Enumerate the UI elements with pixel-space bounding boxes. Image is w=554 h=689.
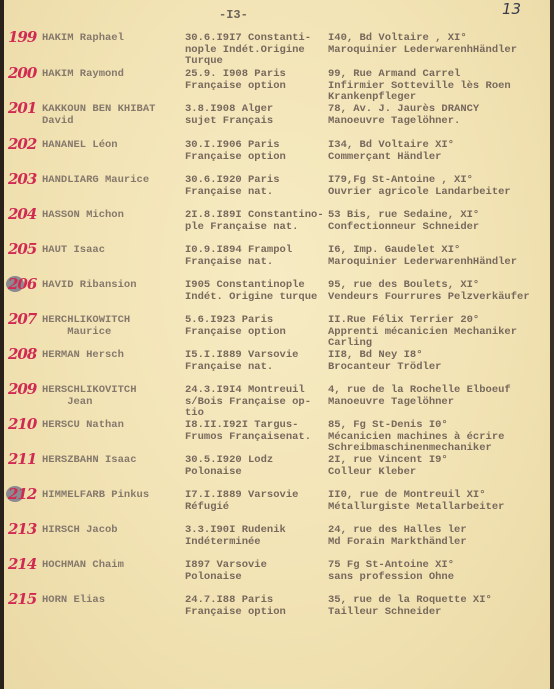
person-name: HAUT Isaac [42,245,105,257]
birth-info: 3.8.I908 Algersujet Français [185,104,273,127]
handwritten-entry-number: 200 [8,64,36,82]
person-name: HANDLIARG Maurice [42,175,149,187]
birth-info-line: I7.I.I889 Varsovie [185,490,298,502]
person-name-line: HANDLIARG Maurice [42,175,149,187]
address-occupation: 53 Bis, rue Sedaine, XI°Confectionneur S… [328,210,479,233]
birth-info: 2I.8.I89I Constantino-ple Française nat. [185,210,324,233]
birth-info-line: 3.8.I908 Alger [185,104,273,116]
person-name-line: HASSON Michon [42,210,124,222]
address-occupation-line: II8, Bd Ney I8° [328,350,441,362]
address-occupation-line: 53 Bis, rue Sedaine, XI° [328,210,479,222]
birth-info-line: Polonaise [185,467,273,479]
handwritten-entry-number: 201 [8,99,36,117]
handwritten-entry-number: 199 [8,28,36,46]
birth-info: 25.9. I908 ParisFrançaise option [185,69,286,92]
address-occupation-line: 99, Rue Armand Carrel [328,69,511,81]
address-occupation: 24, rue des Halles lerMd Forain Markthän… [328,525,467,548]
address-occupation: 99, Rue Armand CarrelInfirmier Sottevill… [328,69,511,104]
handwritten-entry-number: 207 [8,310,36,328]
birth-info-line: I5.I.I889 Varsovie [185,350,298,362]
birth-info: I5.I.I889 VarsovieFrançaise nat. [185,350,298,373]
person-name-line: HIRSCH Jacob [42,525,118,537]
address-occupation: 75 Fg St-Antoine XI°sans profession Ohne [328,560,454,583]
handwritten-entry-number: 212 [8,485,36,503]
address-occupation: I79,Fg St-Antoine , XI°Ouvrier agricole … [328,175,511,198]
handwritten-entry-number: 213 [8,520,36,538]
birth-info: 30.6.I920 ParisFrançaise nat. [185,175,280,198]
birth-info-line: Indét. Origine turque [185,292,317,304]
address-occupation-line: 4, rue de la Rochelle Elboeuf [328,385,511,397]
person-name-line: HERSZBAHN Isaac [42,455,137,467]
person-name-line: HANANEL Léon [42,140,118,152]
person-name: HAKIM Raphael [42,33,124,45]
address-occupation-line: 35, rue de la Roquette XI° [328,595,492,607]
address-occupation: I6, Imp. Gaudelet XI°Maroquinier Lederwa… [328,245,517,268]
birth-info-line: I0.9.I894 Frampol [185,245,292,257]
address-occupation-line: 78, Av. J. Jaurès DRANCY [328,104,479,116]
address-occupation-line: Schreibmaschinenmechaniker [328,443,504,455]
birth-info-line: ple Française nat. [185,222,324,234]
address-occupation-line: 75 Fg St-Antoine XI° [328,560,454,572]
person-name: HANANEL Léon [42,140,118,152]
person-name-line: David [42,116,155,128]
birth-info: 24.3.I9I4 Montreuils/Bois Française op-t… [185,385,311,420]
address-occupation-line: 2I, rue Vincent I9° [328,455,448,467]
birth-info: I7.I.I889 VarsovieRéfugié [185,490,298,513]
handwritten-entry-number: 206 [8,275,36,293]
address-occupation: II8, Bd Ney I8°Brocanteur Trödler [328,350,441,373]
document-page: 13 -I3- 199HAKIM Raphael30.6.I9I7 Consta… [4,0,550,689]
scan-border-right [550,0,554,689]
address-occupation-line: Md Forain Markthändler [328,537,467,549]
person-name-line: Maurice [42,327,130,339]
address-occupation-line: Brocanteur Trödler [328,362,441,374]
birth-info-line: Réfugié [185,502,298,514]
birth-info-line: 30.6.I920 Paris [185,175,280,187]
address-occupation-line: Krankenpfleger [328,92,511,104]
birth-info-line: 5.6.I923 Paris [185,315,286,327]
address-occupation: 78, Av. J. Jaurès DRANCYManoeuvre Tagelö… [328,104,479,127]
address-occupation-line: Maroquinier LederwarenhHändler [328,45,517,57]
person-name-line: HAVID Ribansion [42,280,137,292]
birth-info: 5.6.I923 ParisFrançaise option [185,315,286,338]
handwritten-entry-number: 214 [8,555,36,573]
birth-info-line: 24.7.I88 Paris [185,595,286,607]
birth-info: 30.5.I920 LodzPolonaise [185,455,273,478]
person-name-line: HORN Elias [42,595,105,607]
birth-info-line: 3.3.I90I Rudenik [185,525,286,537]
address-occupation-line: I40, Bd Voltaire , XI° [328,33,517,45]
person-name-line: HERSCHLIKOVITCH [42,385,137,397]
person-name: HIRSCH Jacob [42,525,118,537]
birth-info-line: Française option [185,607,286,619]
birth-info-line: Turque [185,56,311,68]
address-occupation-line: II.Rue Félix Terrier 20° [328,315,517,327]
birth-info-line: Française nat. [185,257,292,269]
birth-info: 30.I.I906 ParisFrançaise option [185,140,286,163]
birth-info-line: 2I.8.I89I Constantino- [185,210,324,222]
birth-info: 30.6.I9I7 Constanti-nople Indét.OrigineT… [185,33,311,68]
person-name-line: HAKIM Raphael [42,33,124,45]
handwritten-entry-number: 209 [8,380,36,398]
address-occupation: 35, rue de la Roquette XI°Tailleur Schne… [328,595,492,618]
address-occupation-line: Métallurgiste Metallarbeiter [328,502,504,514]
address-occupation-line: Confectionneur Schneider [328,222,479,234]
address-occupation: II0, rue de Montreuil XI°Métallurgiste M… [328,490,504,513]
birth-info-line: I905 Constantinople [185,280,317,292]
address-occupation-line: II0, rue de Montreuil XI° [328,490,504,502]
birth-info-line: 30.6.I9I7 Constanti- [185,33,311,45]
birth-info-line: Française nat. [185,362,298,374]
person-name: HORN Elias [42,595,105,607]
birth-info: 3.3.I90I RudenikIndéterminée [185,525,286,548]
person-name-line: HOCHMAN Chaim [42,560,124,572]
handwritten-entry-number: 208 [8,345,36,363]
address-occupation-line: Commerçant Händler [328,152,454,164]
address-occupation: I40, Bd Voltaire , XI°Maroquinier Lederw… [328,33,517,56]
handwritten-entry-number: 205 [8,240,36,258]
address-occupation-line: Maroquinier LederwarenhHändler [328,257,517,269]
birth-info-line: Indéterminée [185,537,286,549]
birth-info-line: Française option [185,81,286,93]
birth-info-line: Polonaise [185,572,267,584]
birth-info: I0.9.I894 FrampolFrançaise nat. [185,245,292,268]
birth-info: I8.II.I92I Targus-Frumos Françaisenat. [185,420,311,443]
person-name-line: HERMAN Hersch [42,350,124,362]
birth-info-line: 24.3.I9I4 Montreuil [185,385,311,397]
address-occupation-line: Colleur Kleber [328,467,448,479]
address-occupation: 85, Fg St-Denis I0°Mécanicien machines à… [328,420,504,455]
birth-info: 24.7.I88 ParisFrançaise option [185,595,286,618]
handwritten-entry-number: 215 [8,590,36,608]
address-occupation-line: sans profession Ohne [328,572,454,584]
person-name-line: Jean [42,397,137,409]
person-name: HAKIM Raymond [42,69,124,81]
address-occupation-line: Carling [328,338,517,350]
person-name-line: HERSCU Nathan [42,420,124,432]
address-occupation-line: Tailleur Schneider [328,607,492,619]
handwritten-entry-number: 204 [8,205,36,223]
person-name: HERSCU Nathan [42,420,124,432]
typed-page-header: -I3- [219,8,248,22]
person-name: HERSCHLIKOVITCH Jean [42,385,137,408]
birth-info-line: Française option [185,327,286,339]
address-occupation-line: 85, Fg St-Denis I0° [328,420,504,432]
birth-info-line: tio [185,408,311,420]
birth-info-line: Française option [185,152,286,164]
person-name: HERMAN Hersch [42,350,124,362]
person-name: HERSZBAHN Isaac [42,455,137,467]
birth-info-line: I897 Varsovie [185,560,267,572]
person-name-line: HAUT Isaac [42,245,105,257]
address-occupation-line: Manoeuvre Tagelöhner. [328,116,479,128]
person-name: KAKKOUN BEN KHIBATDavid [42,104,155,127]
birth-info-line: Frumos Françaisenat. [185,432,311,444]
person-name-line: HAKIM Raymond [42,69,124,81]
address-occupation-line: Ouvrier agricole Landarbeiter [328,187,511,199]
address-occupation-line: 24, rue des Halles ler [328,525,467,537]
birth-info-line: Française nat. [185,187,280,199]
birth-info-line: I8.II.I92I Targus- [185,420,311,432]
person-name-line: HERCHLIKOWITCH [42,315,130,327]
handwritten-entry-number: 210 [8,415,36,433]
birth-info-line: 30.I.I906 Paris [185,140,286,152]
birth-info-line: 25.9. I908 Paris [185,69,286,81]
handwritten-entry-number: 203 [8,170,36,188]
person-name: HERCHLIKOWITCH Maurice [42,315,130,338]
address-occupation: 95, rue des Boulets, XI°Vendeurs Fourrur… [328,280,530,303]
address-occupation-line: Manoeuvre Tagelöhner [328,397,511,409]
address-occupation-line: 95, rue des Boulets, XI° [328,280,530,292]
person-name-line: HIMMELFARB Pinkus [42,490,149,502]
address-occupation-line: I6, Imp. Gaudelet XI° [328,245,517,257]
birth-info: I897 VarsoviePolonaise [185,560,267,583]
address-occupation-line: I79,Fg St-Antoine , XI° [328,175,511,187]
address-occupation-line: Vendeurs Fourrures Pelzverkäufer [328,292,530,304]
birth-info-line: sujet Français [185,116,273,128]
person-name-line: KAKKOUN BEN KHIBAT [42,104,155,116]
person-name: HASSON Michon [42,210,124,222]
address-occupation: 2I, rue Vincent I9°Colleur Kleber [328,455,448,478]
address-occupation: II.Rue Félix Terrier 20°Apprenti mécanic… [328,315,517,350]
birth-info-line: 30.5.I920 Lodz [185,455,273,467]
address-occupation: I34, Bd Voltaire XI°Commerçant Händler [328,140,454,163]
handwritten-entry-number: 211 [8,450,36,468]
handwritten-entry-number: 202 [8,135,36,153]
address-occupation: 4, rue de la Rochelle ElboeufManoeuvre T… [328,385,511,408]
address-occupation-line: I34, Bd Voltaire XI° [328,140,454,152]
person-name: HOCHMAN Chaim [42,560,124,572]
page-number: 13 [502,0,521,18]
person-name: HIMMELFARB Pinkus [42,490,149,502]
birth-info: I905 ConstantinopleIndét. Origine turque [185,280,317,303]
person-name: HAVID Ribansion [42,280,137,292]
